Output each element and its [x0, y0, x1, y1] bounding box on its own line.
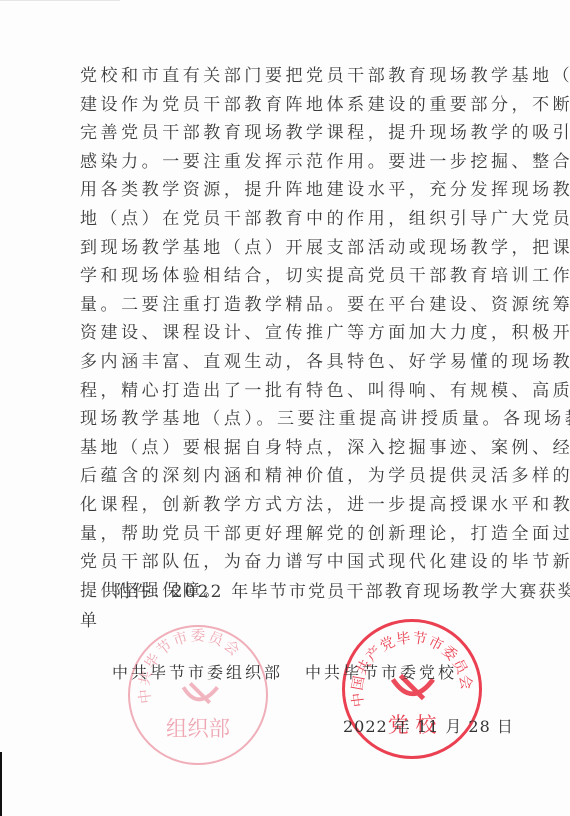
official-seal-party-school: 中国共产党毕节市委员会 党 校: [342, 619, 482, 759]
official-seal-organization-dept: 中共毕节市委员会 组织部: [128, 625, 268, 765]
seal-emblem-icon: 中共毕节市委员会 组织部: [130, 627, 266, 763]
text-line: 完善党员干部教育现场教学课程，提升现场教学的吸引力和: [80, 119, 500, 148]
signature-organization-dept: 中共毕节市委组织部: [112, 660, 283, 683]
text-line: 化课程，创新教学方式方法，进一步提高授课水平和教学质: [80, 491, 500, 520]
svg-text:组织部: 组织部: [166, 717, 230, 742]
signature-party-school: 中共毕节市委党校: [305, 660, 457, 683]
text-line: 量，帮助党员干部更好理解党的创新理论，打造全面过硬的: [80, 520, 500, 549]
text-line: 到现场教学基地（点）开展支部活动或现场教学，把课堂教: [80, 234, 500, 263]
text-line: 感染力。一要注重发挥示范作用。要进一步挖掘、整合、利: [80, 148, 500, 177]
text-line: 量。二要注重打造教学精品。要在平台建设、资源统筹、师: [80, 291, 500, 320]
text-line: 基地（点）要根据自身特点，深入挖掘事迹、案例、经验背: [80, 434, 500, 463]
page-margin-bar: [0, 752, 2, 816]
document-date: 2022 年 11 月 28 日: [343, 714, 514, 737]
text-line: 资建设、课程设计、宣传推广等方面加大力度，积极开发更: [80, 319, 500, 348]
text-line: 多内涵丰富、直观生动，各具特色、好学易懂的现场教学课: [80, 348, 500, 377]
text-line: 地（点）在党员干部教育中的作用，组织引导广大党员干部: [80, 205, 500, 234]
body-paragraph: 党校和市直有关部门要把党员干部教育现场教学基地（点） 建设作为党员干部教育阵地体…: [80, 62, 500, 605]
text-line: 党员干部队伍，为奋力谱写中国式现代化建设的毕节新篇章: [80, 548, 500, 577]
text-line: 现场教学基地（点）。三要注重提高讲授质量。各现场教学: [80, 405, 500, 434]
attachment-line: 附件：2022 年毕节市党员干部教育现场教学大赛获奖名: [80, 578, 510, 607]
text-line: 用各类教学资源，提升阵地建设水平，充分发挥现场教学基: [80, 176, 500, 205]
page-edge: [0, 0, 120, 1]
document-page: 党校和市直有关部门要把党员干部教育现场教学基地（点） 建设作为党员干部教育阵地体…: [0, 0, 570, 816]
text-line: 党校和市直有关部门要把党员干部教育现场教学基地（点）: [80, 62, 500, 91]
text-line: 后蕴含的深刻内涵和精神价值，为学员提供灵活多样的模块: [80, 462, 500, 491]
text-line: 程，精心打造出了一批有特色、叫得响、有规模、高质量的: [80, 377, 500, 406]
text-line: 学和现场体验相结合，切实提高党员干部教育培训工作质: [80, 262, 500, 291]
text-line: 建设作为党员干部教育阵地体系建设的重要部分，不断创新: [80, 91, 500, 120]
